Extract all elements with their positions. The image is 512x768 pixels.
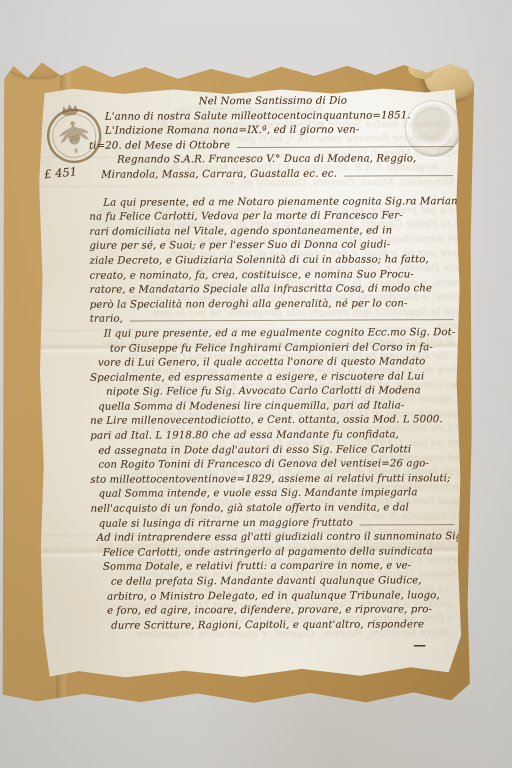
- manuscript-line: giure per sé, e Suoi; e per l'esser Suo …: [89, 239, 457, 255]
- manuscript-page: Nel Nome Santissimo di DioL'anno di nost…: [39, 87, 462, 679]
- manuscript-line: però la Specialità non deroghi alla gene…: [90, 298, 458, 314]
- manuscript-line: Nel Nome Santissimo di Dio: [89, 95, 457, 111]
- manuscript-line: trario,: [90, 312, 458, 328]
- closing-dash: —: [413, 638, 426, 653]
- manuscript-line: Somma Dotale, e relativi frutti: a compa…: [91, 560, 459, 576]
- manuscript-line: con Rogito Tonini di Francesco di Genova…: [90, 458, 458, 474]
- manuscript-line: vore di Lui Genero, il quale accetta l'o…: [90, 356, 458, 372]
- manuscript-line: rari domiciliata nel Vitale, agendo spon…: [89, 225, 457, 241]
- manuscript-line: ziale Decreto, e Giudiziaria Solennità d…: [89, 254, 457, 270]
- manuscript-line: pari ad Ital. L 1918.80 che ad essa Mand…: [90, 429, 458, 445]
- manuscript-line: na fu Felice Carlotti, Vedova per la mor…: [89, 210, 457, 226]
- manuscript-line: nell'acquisto di un fondo, già statole o…: [91, 502, 459, 518]
- manuscript-line: ratore, e Mandatario Speciale alla infra…: [90, 283, 458, 299]
- manuscript-line: e foro, ed agire, incoare, difendere, pr…: [91, 604, 459, 620]
- manuscript-line: Il qui pure presente, ed a me egualmente…: [90, 327, 458, 343]
- manuscript-line: ce della prefata Sig. Mandante davanti q…: [91, 575, 459, 591]
- manuscript-line: Ad indi intraprendere essa gl'atti giudi…: [91, 531, 459, 547]
- manuscript-line: ne Lire millenovecentodiciotto, e Cent. …: [90, 415, 458, 431]
- manuscript-line: Mirandola, Massa, Carrara, Guastalla ec.…: [89, 168, 457, 184]
- manuscript-line: durre Scritture, Ragioni, Capitoli, e qu…: [91, 619, 459, 635]
- stamp-value: 25: [69, 134, 80, 143]
- folio-margin-note: £ 451: [44, 164, 78, 181]
- manuscript-line: qual Somma intende, e vuole essa Sig. Ma…: [90, 488, 458, 504]
- manuscript-text: Nel Nome Santissimo di DioL'anno di nost…: [89, 95, 459, 635]
- manuscript-line: L'Indizione Romana nona=IX.ª, ed il gior…: [89, 124, 457, 140]
- photo-background: Nel Nome Santissimo di DioL'anno di nost…: [0, 0, 512, 768]
- manuscript-line: L'anno di nostra Salute milleottocentoci…: [89, 110, 457, 126]
- manuscript-line: nipote Sig. Felice fu Sig. Avvocato Carl…: [90, 385, 458, 401]
- manuscript-line: Regnando S.A.R. Francesco V.° Duca di Mo…: [89, 153, 457, 169]
